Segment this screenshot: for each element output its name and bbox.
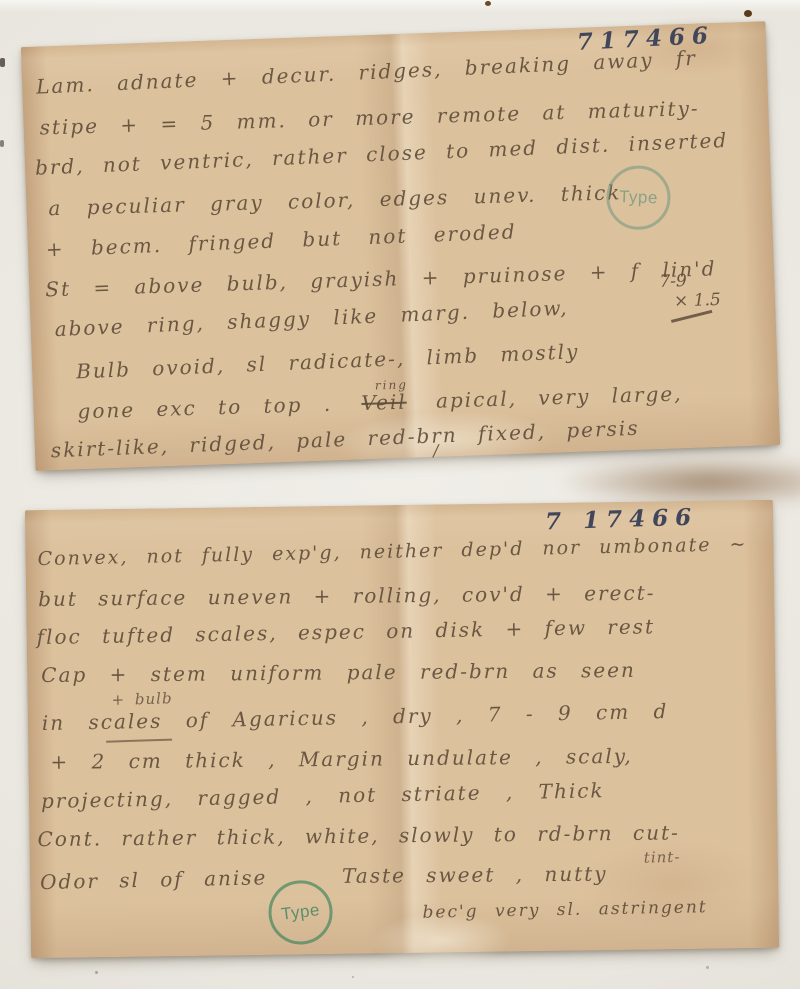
handwritten-line: Convex, not fully exp'g, neither dep'd n…	[37, 533, 747, 570]
line-segment: gone exc to top .	[77, 392, 332, 424]
handwritten-line: Bulb ovoid, sl radicate-, limb mostly	[76, 339, 580, 383]
inserted-word: tint-	[644, 848, 681, 867]
inserted-correction: ring	[375, 378, 408, 393]
handwritten-line: projecting, ragged , not striate , Thick	[41, 778, 605, 813]
handwritten-line: skirt-like, ridged, pale red-brn fixed, …	[50, 416, 639, 463]
handwritten-line: Taste sweet , nutty	[342, 862, 608, 888]
handwritten-line: but surface uneven + rolling, cov'd + er…	[38, 581, 656, 611]
type-stamp-label: Type	[619, 187, 659, 208]
debris-speck	[485, 1, 491, 6]
underline-pen-mark	[106, 739, 172, 743]
stray-pen-mark: /	[433, 441, 441, 460]
inserted-word: + bulb	[111, 689, 173, 709]
struck-word-text: Veil	[361, 390, 407, 415]
handwritten-line: above ring, shaggy like marg. below,	[54, 296, 569, 342]
debris-speck	[706, 966, 709, 969]
debris-speck	[744, 10, 752, 17]
size-annotation: 7-9 × 1.5	[659, 271, 721, 319]
handwritten-line: Cap + stem uniform pale red-brn as seen	[41, 658, 636, 687]
type-stamp: Type	[605, 165, 671, 231]
debris-speck	[0, 58, 5, 67]
handwritten-line: Cont. rather thick, white, slowly to rd-…	[37, 820, 680, 851]
catalog-number: 7 17466	[545, 504, 699, 536]
handwritten-line: Odor sl of anise	[40, 865, 268, 894]
handwritten-line: + 2 cm thick , Margin undulate , scaly,	[50, 744, 633, 774]
handwritten-line: floc tufted scales, espec on disk + few …	[36, 614, 655, 649]
handwritten-line: a peculiar gray color, edges unev. thick	[48, 180, 622, 220]
size-bottom: × 1.5	[674, 290, 721, 311]
note-slip-bottom: 7 17466 Convex, not fully exp'g, neither…	[25, 500, 779, 958]
handwritten-line: bec'g very sl. astringent	[422, 897, 707, 922]
handwritten-line: St = above bulb, grayish + pruinose + f …	[45, 256, 717, 301]
debris-speck	[0, 140, 4, 147]
debris-speck	[352, 976, 354, 978]
handwritten-line: Lam. adnate + decur. ridges, breaking aw…	[36, 46, 698, 99]
note-slip-top: 717466 Lam. adnate + decur. ridges, brea…	[21, 21, 780, 471]
mat-top-highlight	[0, 0, 800, 12]
type-stamp-label: Type	[280, 900, 321, 924]
type-stamp: Type	[265, 877, 336, 948]
pen-dash	[671, 310, 712, 323]
handwritten-line: + becm. fringed but not eroded	[45, 219, 517, 261]
struck-word: ringVeil	[361, 390, 407, 415]
line-segment: apical, very large,	[436, 381, 683, 412]
debris-speck	[95, 971, 98, 974]
